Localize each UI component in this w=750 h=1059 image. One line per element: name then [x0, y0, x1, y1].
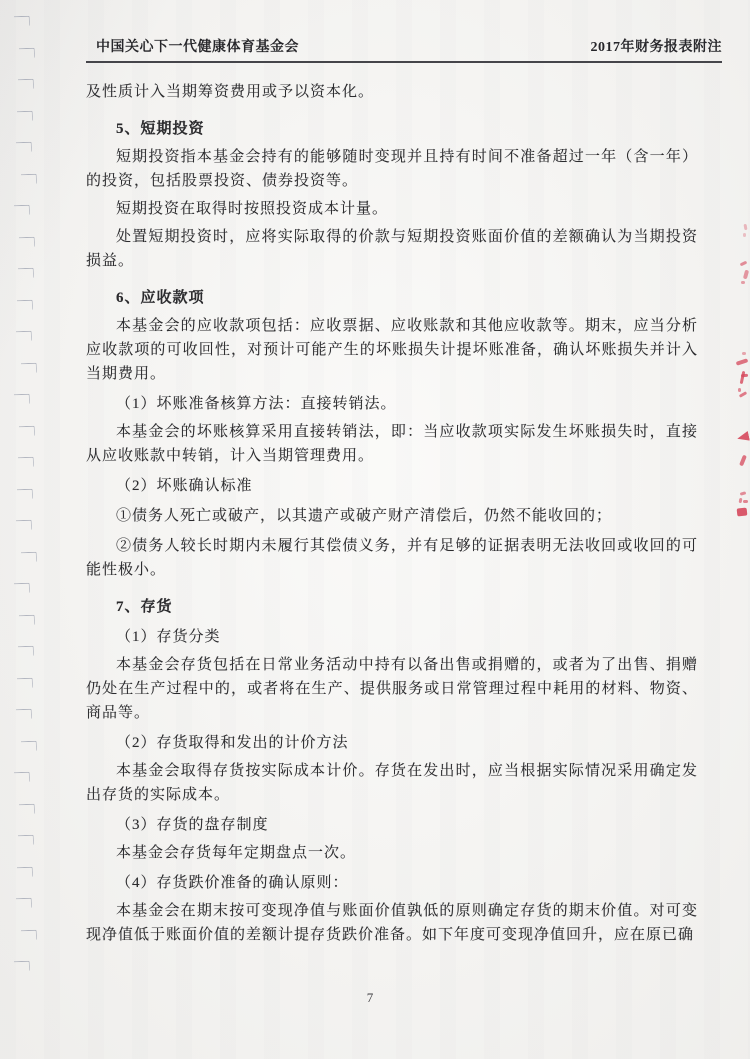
list-item: （4）存货跌价准备的确认原则：	[86, 871, 698, 895]
binding-mark	[18, 457, 34, 468]
list-item: ①债务人死亡或破产，以其遗产或破产财产清偿后，仍然不能收回的；	[86, 504, 698, 528]
red-stamp-fragment	[741, 374, 748, 378]
binding-mark	[17, 488, 33, 499]
page-header: 中国关心下一代健康体育基金会 2017年财务报表附注	[86, 36, 722, 63]
paragraph: 处置短期投资时，应将实际取得的价款与短期投资账面价值的差额确认为当期投资损益。	[86, 225, 698, 273]
list-item: （1）坏账准备核算方法：直接转销法。	[86, 392, 698, 416]
list-item: （1）存货分类	[86, 625, 698, 649]
binding-mark	[18, 268, 34, 279]
red-stamp-fragment	[740, 371, 746, 384]
paragraph: 本基金会的坏账核算采用直接转销法，即：当应收款项实际发生坏账损失时，直接从应收账…	[86, 420, 698, 468]
paragraph: 短期投资在取得时按照投资成本计量。	[86, 197, 698, 221]
binding-mark	[19, 614, 35, 625]
red-stamp-fragment	[743, 500, 748, 503]
binding-mark	[16, 331, 32, 342]
header-organization-name: 中国关心下一代健康体育基金会	[96, 36, 299, 56]
binding-mark	[19, 47, 35, 58]
list-item: ②债务人较长时期内未履行其偿债义务，并有足够的证据表明无法收回或收回的可能性极小…	[86, 534, 698, 582]
binding-mark	[17, 677, 33, 688]
continuation-line: 及性质计入当期筹资费用或予以资本化。	[86, 80, 698, 104]
paragraph: 本基金会存货每年定期盘点一次。	[86, 841, 698, 865]
binding-mark	[19, 803, 35, 814]
binding-mark	[19, 236, 35, 247]
paragraph: 本基金会的应收款项包括：应收票据、应收账款和其他应收款等。期末，应当分析应收款项…	[86, 314, 698, 386]
red-stamp-fragment	[740, 261, 748, 267]
red-stamp-fragment	[739, 455, 747, 467]
list-item: （3）存货的盘存制度	[86, 813, 698, 837]
binding-mark	[17, 866, 33, 877]
red-stamp-fragment	[744, 224, 748, 230]
binding-mark	[18, 835, 34, 846]
red-stamp-fragment	[736, 358, 749, 366]
section-heading: 5、短期投资	[86, 117, 698, 141]
red-stamp-fragment	[741, 281, 745, 284]
header-document-title: 2017年财务报表附注	[591, 36, 723, 56]
binding-mark	[21, 173, 37, 184]
binding-mark	[16, 520, 32, 531]
document-body: 及性质计入当期筹资费用或予以资本化。5、短期投资短期投资指本基金会持有的能够随时…	[86, 80, 698, 947]
paragraph: 短期投资指本基金会持有的能够随时变现并且持有时间不准备超过一年（含一年）的投资，…	[86, 145, 698, 193]
binding-mark	[17, 110, 33, 121]
paragraph: 本基金会在期末按可变现净值与账面价值孰低的原则确定存货的期末价值。对可变现净值低…	[86, 899, 698, 947]
binding-mark	[21, 551, 37, 562]
section-heading: 7、存货	[86, 595, 698, 619]
binding-mark	[16, 709, 32, 720]
binding-mark	[17, 299, 33, 310]
red-stamp-fragment	[743, 233, 746, 237]
binding-mark	[21, 929, 37, 940]
binding-mark	[14, 16, 30, 27]
page-number: 7	[0, 990, 740, 1006]
red-stamp-fragment	[743, 270, 749, 280]
binding-mark	[18, 79, 34, 90]
binding-mark	[14, 961, 30, 972]
binding-mark	[14, 772, 30, 783]
binding-mark	[14, 583, 30, 594]
paragraph: 本基金会取得存货按实际成本计价。存货在发出时，应当根据实际情况采用确定发出存货的…	[86, 759, 698, 807]
binding-mark	[14, 394, 30, 405]
binding-mark	[16, 142, 32, 153]
binding-mark	[21, 362, 37, 373]
red-stamp-fragment	[739, 391, 747, 398]
list-item: （2）存货取得和发出的计价方法	[86, 731, 698, 755]
scanned-document-page: 中国关心下一代健康体育基金会 2017年财务报表附注 及性质计入当期筹资费用或予…	[0, 0, 750, 1059]
red-stamp-fragment	[742, 352, 746, 355]
binding-mark	[18, 646, 34, 657]
binding-mark	[14, 205, 30, 216]
red-stamp-fragment	[740, 491, 747, 495]
binding-mark	[19, 425, 35, 436]
red-stamp-fragment	[736, 431, 750, 443]
binding-mark	[16, 898, 32, 909]
red-stamp-fragment	[737, 507, 748, 516]
paragraph: 本基金会存货包括在日常业务活动中持有以备出售或捐赠的，或者为了出售、捐赠仍处在生…	[86, 653, 698, 725]
binding-mark	[21, 740, 37, 751]
section-heading: 6、应收款项	[86, 286, 698, 310]
red-stamp-fragment	[739, 498, 743, 503]
red-stamp-fragment	[738, 388, 741, 392]
list-item: （2）坏账确认标准	[86, 474, 698, 498]
